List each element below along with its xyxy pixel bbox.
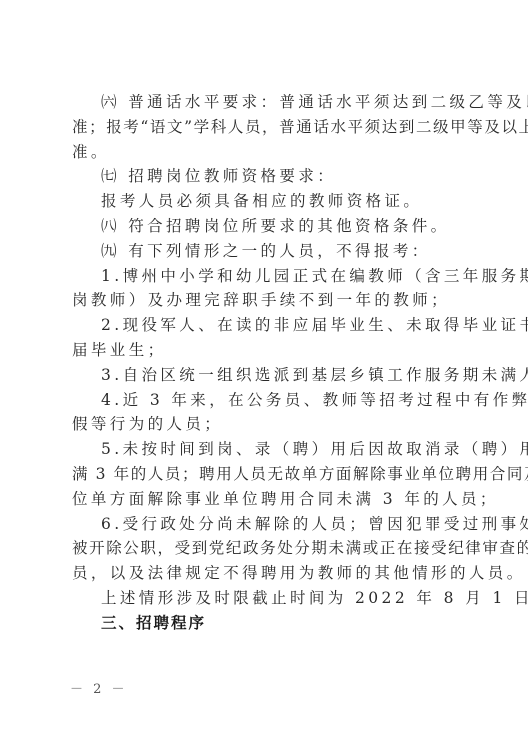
list-item-2: 2.现役军人、在读的非应届毕业生、未取得毕业证书的非应 bbox=[72, 313, 464, 338]
paragraph-line: 届毕业生； bbox=[72, 338, 464, 363]
body-text: ㈥ 普通话水平要求：普通话水平须达到二级乙等及以上标 准；报考“语文”学科人员，… bbox=[72, 90, 464, 636]
paragraph-mandarin-requirement: ㈥ 普通话水平要求：普通话水平须达到二级乙等及以上标 bbox=[72, 90, 464, 115]
paragraph-line: 满 3 年的人员；聘用人员无故单方面解除事业单位聘用合同及单 bbox=[72, 462, 464, 487]
list-item-4: 4.近 3 年来，在公务员、教师等招考过程中有作弊、弄虚作 bbox=[72, 388, 464, 413]
paragraph-line: 准；报考“语文”学科人员，普通话水平须达到二级甲等及以上标 bbox=[72, 115, 464, 140]
list-item-6: 6.受行政处分尚未解除的人员；曾因犯罪受过刑事处罚，或 bbox=[72, 512, 464, 537]
list-item-1: 1.博州中小学和幼儿园正式在编教师（含三年服务期未满特 bbox=[72, 264, 464, 289]
list-item-3: 3.自治区统一组织选派到基层乡镇工作服务期未满人员； bbox=[72, 363, 464, 388]
document-page: ㈥ 普通话水平要求：普通话水平须达到二级乙等及以上标 准；报考“语文”学科人员，… bbox=[0, 0, 528, 748]
paragraph-line: 被开除公职，受到党纪政务处分期未满或正在接受纪律审查的人 bbox=[72, 536, 464, 561]
paragraph-exclusions: ㈨ 有下列情形之一的人员，不得报考： bbox=[72, 239, 464, 264]
paragraph-line: 岗教师）及办理完辞职手续不到一年的教师； bbox=[72, 288, 464, 313]
paragraph-line: 报考人员必须具备相应的教师资格证。 bbox=[72, 189, 464, 214]
paragraph-deadline-note: 上述情形涉及时限截止时间为 2022 年 8 月 1 日，下同。 bbox=[72, 586, 464, 611]
paragraph-other-qualifications: ㈧ 符合招聘岗位所要求的其他资格条件。 bbox=[72, 214, 464, 239]
paragraph-line: 假等行为的人员； bbox=[72, 412, 464, 437]
section-heading-recruitment-procedure: 三、招聘程序 bbox=[72, 611, 464, 636]
page-number: － 2 － bbox=[70, 678, 128, 697]
paragraph-teacher-qualification: ㈦ 招聘岗位教师资格要求： bbox=[72, 164, 464, 189]
paragraph-line: 员，以及法律规定不得聘用为教师的其他情形的人员。 bbox=[72, 561, 464, 586]
paragraph-line: 位单方面解除事业单位聘用合同未满 3 年的人员； bbox=[72, 487, 464, 512]
paragraph-line: 准。 bbox=[72, 140, 464, 165]
list-item-5: 5.未按时间到岗、录（聘）用后因故取消录（聘）用资格未 bbox=[72, 437, 464, 462]
